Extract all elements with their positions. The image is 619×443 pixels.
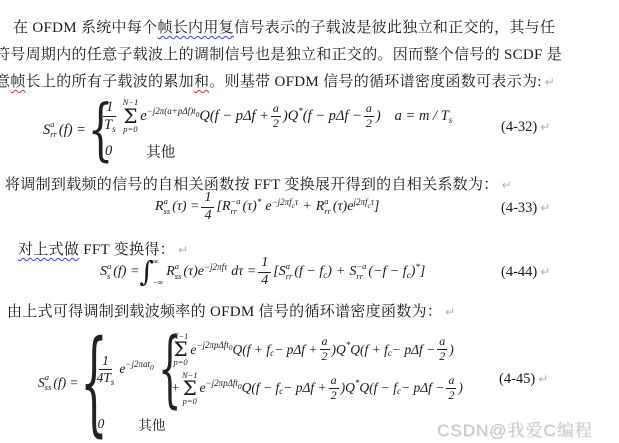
exponent: j2πfcτ: [353, 197, 374, 207]
sum-lower-limit: p=0: [123, 125, 137, 134]
equation-number-4-33: (4-33)↵: [501, 200, 550, 217]
math-token: (f − pΔf −: [303, 108, 362, 125]
fraction: 14: [201, 190, 214, 223]
fraction: a2: [271, 102, 281, 131]
condition: a = m / Ts: [395, 108, 453, 125]
document-page: 在 OFDM 系统中每个帧长内用复信号表示的子载波是彼此独立和正交的，其与任 符…: [0, 0, 619, 443]
equation-number-4-32: (4-32)↵: [501, 119, 550, 136]
other-case-label: 其他: [138, 414, 165, 434]
sigma-icon: Σ: [123, 108, 137, 125]
equation-number-4-44: (4-44)↵: [501, 264, 550, 281]
eq32-cases: 1Ts N−1Σp=0 e−j2π(a+pΔf)t0 Q(f − pΔf + a…: [99, 98, 452, 162]
body-text: 。则基带 OFDM 信号的循环谱密度函数可表示为:: [209, 74, 542, 90]
lower-limit: −∞: [153, 278, 163, 287]
superscript: *: [346, 340, 351, 350]
exponent: −j2πpΔft0: [206, 378, 242, 388]
math-token: S: [43, 122, 50, 139]
subscript: rr: [231, 207, 238, 217]
math-token: Q(f − pΔf +: [199, 108, 269, 125]
paragraph-4: 由上式可得调制到载波频率的 OFDM 信号的循环谱密度函数为：↵: [7, 300, 456, 321]
subscript: s: [107, 272, 110, 282]
body-text: 由上式可得调制到载波频率的 OFDM 信号的循环谱密度函数为：: [7, 304, 442, 320]
exponent: −j2πpΔft0: [196, 340, 232, 350]
subscript: s: [449, 115, 453, 125]
eq45-zero-row: 0其他: [92, 414, 463, 434]
fraction: a2: [364, 102, 374, 131]
exponent: −j2π(a+pΔf)t0: [147, 106, 200, 116]
eq45-main-row: 14Ts e−j2πat0 { N−1Σp=0 e−j2πpΔft0 Q(f +…: [92, 332, 463, 406]
subscript: ss: [175, 272, 182, 282]
subscript: s: [112, 124, 116, 134]
eq45-sum-column: N−1Σp=0 e−j2πpΔft0 Q(f + fc − pΔf + a2 )…: [171, 332, 463, 406]
eq33-lhs: Rass(τ) =: [155, 197, 199, 217]
math-token: (f) =: [59, 122, 86, 139]
subscript: rr: [50, 130, 57, 140]
math-token: )Q: [283, 108, 298, 125]
fraction: a2: [446, 374, 456, 403]
subscript: ss: [164, 207, 171, 217]
body-text: 符号周期内的任意子载波上的调制信号也是独立和正交的。因而整个信号的 SCDF 是: [0, 47, 562, 63]
subscript: rr: [286, 272, 293, 282]
supsub: arr: [50, 120, 57, 140]
subscript: ss: [45, 383, 52, 393]
eq32-row-2: 0其他: [99, 141, 452, 162]
fraction: 14: [258, 255, 271, 288]
fraction: a2: [320, 335, 330, 364]
exponent: −j2πfτ: [204, 262, 227, 272]
eq45-lhs: Sass(f) =: [38, 373, 79, 393]
paragraph-return-icon: ↵: [540, 201, 550, 215]
subscript: rr: [356, 272, 363, 282]
spellcheck-red-text: 帧: [10, 74, 25, 90]
eq45-sum-row-2: + N−1Σp=0 e−j2πpΔft0 Q(f − fc − pΔf + a2…: [171, 371, 463, 407]
spellcheck-red-text: 和: [194, 74, 209, 90]
exponent: −j2πfcτ: [272, 197, 299, 207]
body-text: 在 OFDM 系统中每个: [13, 20, 157, 36]
integral-limits: ∞−∞: [153, 257, 163, 287]
paragraph-return-icon: ↵: [445, 305, 455, 319]
body-text: 信号表示的子载波是彼此独立和正交的，其与任: [234, 20, 555, 36]
superscript: *: [355, 378, 360, 388]
subscript: c: [279, 386, 283, 396]
subscript: rr: [324, 207, 331, 217]
paragraph-return-icon: ↵: [538, 372, 548, 386]
body-text: 意: [0, 74, 10, 90]
equation-number-4-45: (4-45)↵: [499, 371, 548, 388]
spellcheck-blue-text: 对上式做: [18, 242, 79, 258]
eq44-lhs: Sas(f) =: [100, 262, 139, 282]
spellcheck-blue-text: 帧长内用复: [157, 20, 234, 36]
eq32-row-1: 1Ts N−1Σp=0 e−j2π(a+pΔf)t0 Q(f − pΔf + a…: [99, 98, 452, 134]
sigma-icon: Σ: [183, 380, 197, 397]
subscript: s: [111, 377, 115, 387]
exponent: −j2πat0: [125, 359, 153, 369]
math-token: ]: [374, 199, 379, 215]
paragraph-return-icon: ↵: [540, 265, 550, 279]
eq45-sum-row-1: N−1Σp=0 e−j2πpΔft0 Q(f + fc − pΔf + a2 )…: [171, 332, 463, 368]
fraction: a2: [329, 374, 339, 403]
eq32-lhs: Sarr(f) =: [43, 120, 86, 140]
paragraph-return-icon: ↵: [502, 178, 512, 192]
other-case-label: 其他: [146, 141, 175, 162]
equation-4-32: Sarr(f) = { 1Ts N−1Σp=0 e−j2π(a+pΔf)t0 Q…: [43, 96, 452, 164]
subscript: c: [270, 348, 274, 358]
paragraph-1-line-1: 在 OFDM 系统中每个帧长内用复信号表示的子载波是彼此独立和正交的，其与任: [13, 16, 555, 37]
equation-4-44: Sas(f) = ∫ ∞−∞ Rass(τ) e−j2πfτ dτ = 14 […: [100, 254, 425, 290]
subscript: c: [323, 270, 327, 280]
watermark: CSDN@我爱C编程: [437, 416, 593, 441]
upper-limit: ∞: [153, 257, 163, 266]
superscript: *: [298, 106, 303, 116]
paragraph-return-icon: ↵: [540, 120, 550, 134]
math-token: ): [376, 108, 381, 125]
paragraph-1-line-3: 意帧长上的所有子载波的累加和。则基带 OFDM 信号的循环谱密度函数可表示为:↵: [0, 70, 555, 91]
equation-4-45: Sass(f) = { 14Ts e−j2πat0 { N−1Σp=0 e−j2…: [38, 327, 463, 439]
summation: N−1Σp=0: [123, 98, 139, 134]
body-text: 长上的所有子载波的累加: [26, 74, 194, 90]
eq45-cases: 14Ts e−j2πat0 { N−1Σp=0 e−j2πpΔft0 Q(f +…: [92, 332, 463, 434]
paragraph-1-line-2: 符号周期内的任意子载波上的调制信号也是独立和正交的。因而整个信号的 SCDF 是: [0, 43, 562, 64]
subscript: c: [407, 270, 411, 280]
paragraph-return-icon: ↵: [545, 75, 555, 89]
subscript: c: [388, 348, 392, 358]
fraction: a2: [437, 335, 447, 364]
subscript: c: [397, 386, 401, 396]
superscript: *: [415, 262, 420, 272]
summation: N−1Σp=0: [182, 371, 198, 407]
equation-4-33: Rass(τ) = 14 [ R−arr(τ)* e−j2πfcτ + Rarr…: [155, 190, 379, 224]
superscript: *: [257, 197, 262, 207]
